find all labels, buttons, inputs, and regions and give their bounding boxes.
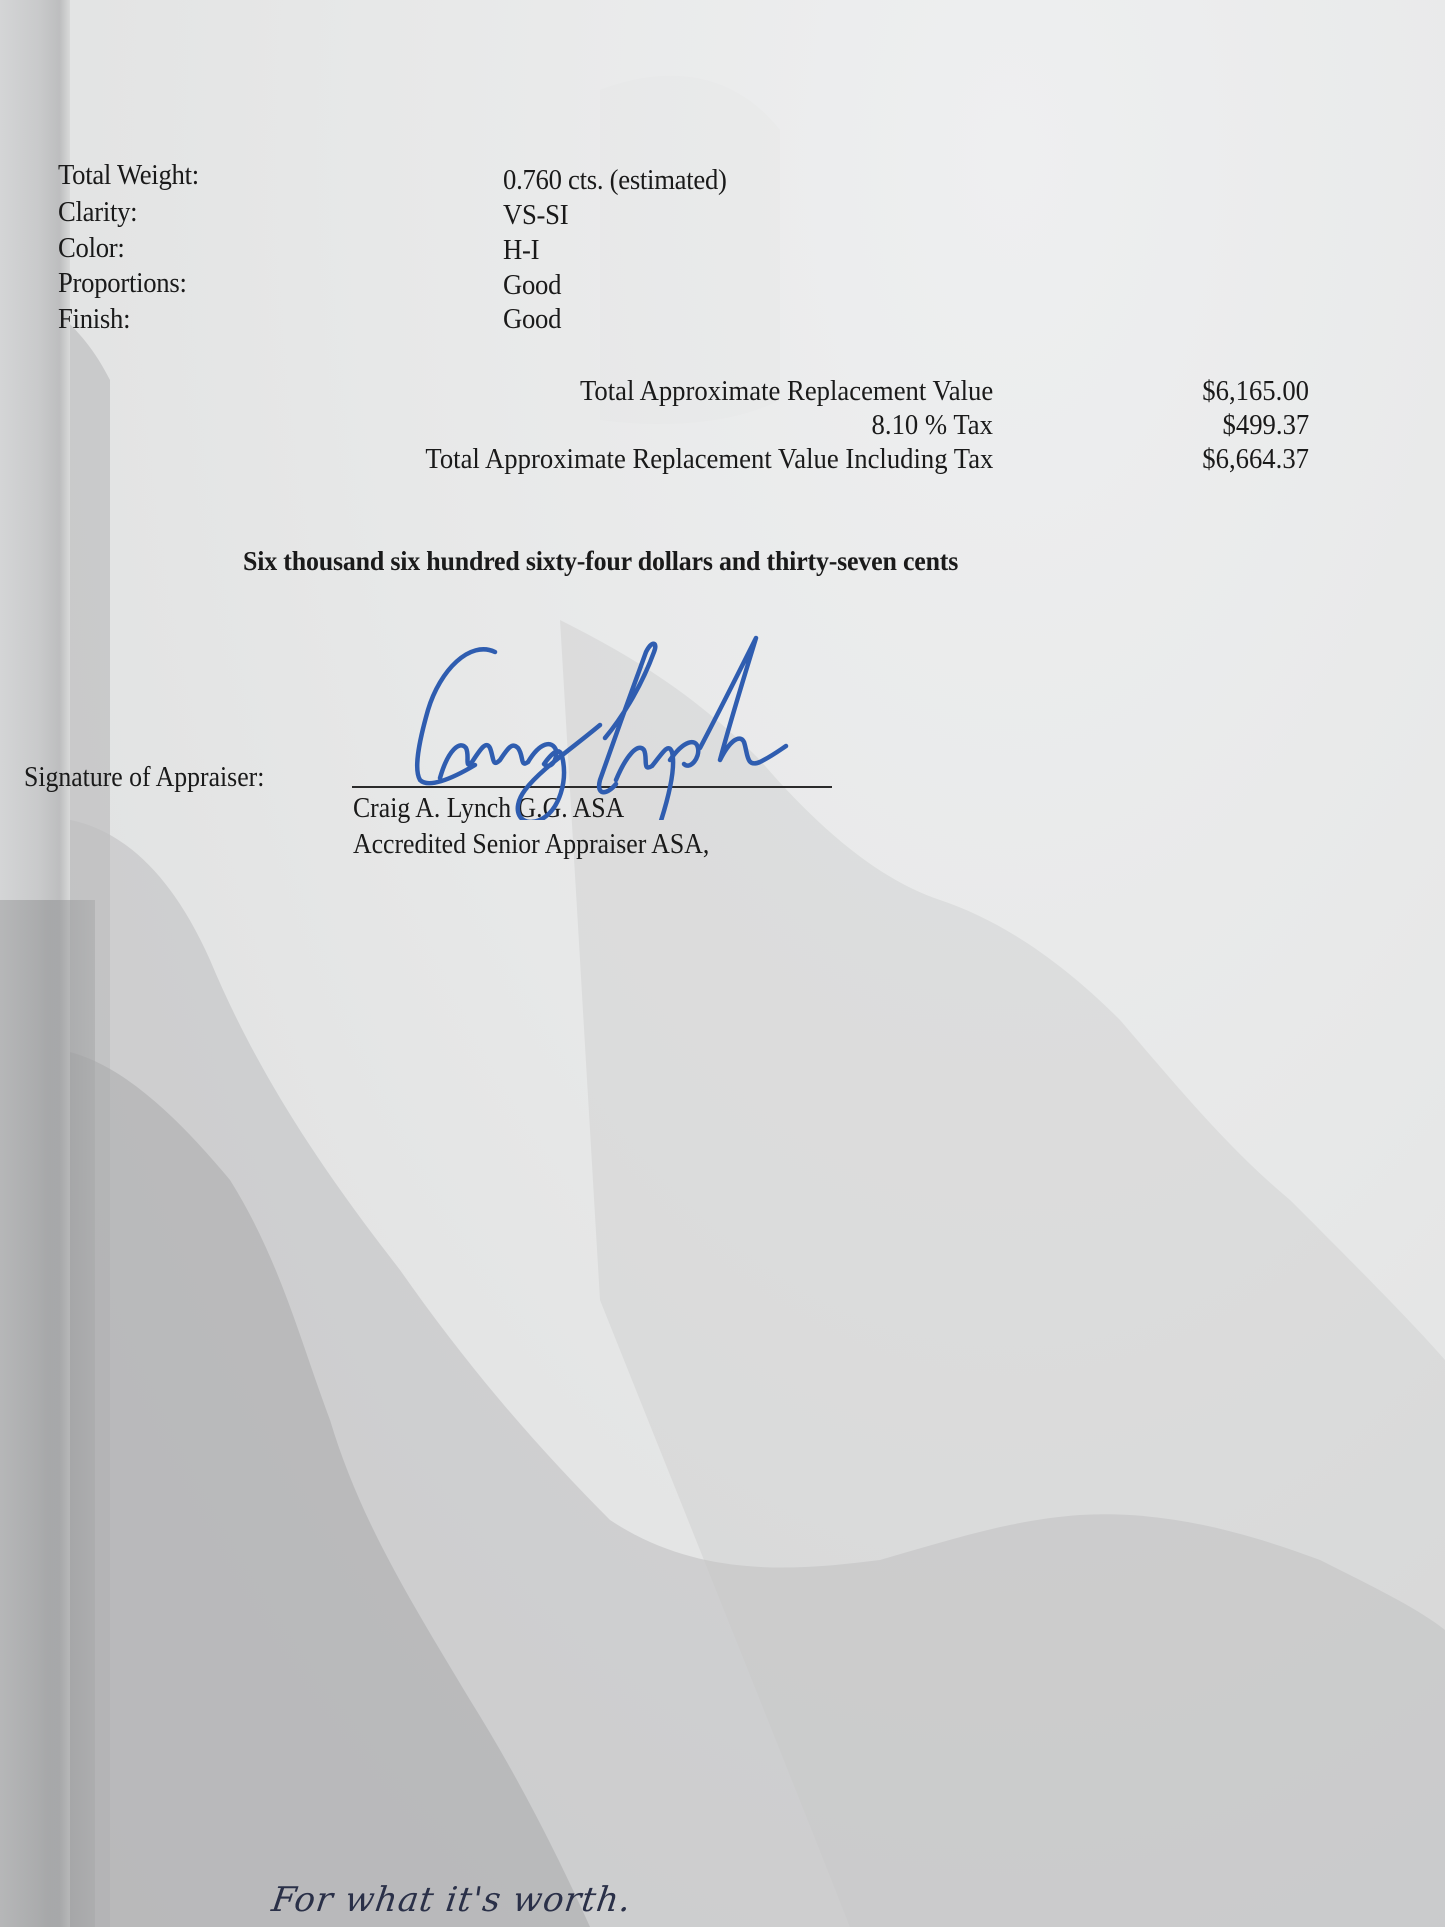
spec-value-proportions: Good: [503, 268, 561, 302]
handwritten-signature: [400, 630, 820, 820]
spec-label-finish: Finish:: [58, 302, 130, 336]
spec-label-proportions: Proportions:: [58, 266, 187, 300]
spec-value-finish: Good: [503, 302, 561, 336]
spec-value-clarity: VS-SI: [503, 198, 568, 232]
spec-label-total-weight: Total Weight:: [58, 158, 199, 192]
footer-tagline: For what it's worth.: [269, 1880, 634, 1920]
appraiser-title: Accredited Senior Appraiser ASA,: [353, 829, 709, 861]
tax-label: 8.10 % Tax: [872, 408, 993, 442]
spec-value-color: H-I: [503, 233, 539, 267]
spec-value-total-weight: 0.760 cts. (estimated): [503, 163, 727, 197]
spec-label-color: Color:: [58, 231, 125, 265]
replacement-value-amount: $6,165.00: [1202, 374, 1309, 408]
total-including-tax-label: Total Approximate Replacement Value Incl…: [425, 442, 993, 476]
total-including-tax-amount: $6,664.37: [1202, 442, 1309, 476]
spec-label-clarity: Clarity:: [58, 195, 137, 229]
amount-in-words: Six thousand six hundred sixty-four doll…: [243, 546, 958, 577]
signature-label: Signature of Appraiser:: [24, 762, 264, 794]
appraisal-document: Total Weight: 0.760 cts. (estimated) Cla…: [0, 0, 1445, 1927]
replacement-value-label: Total Approximate Replacement Value: [580, 374, 993, 408]
tax-amount: $499.37: [1222, 408, 1309, 442]
